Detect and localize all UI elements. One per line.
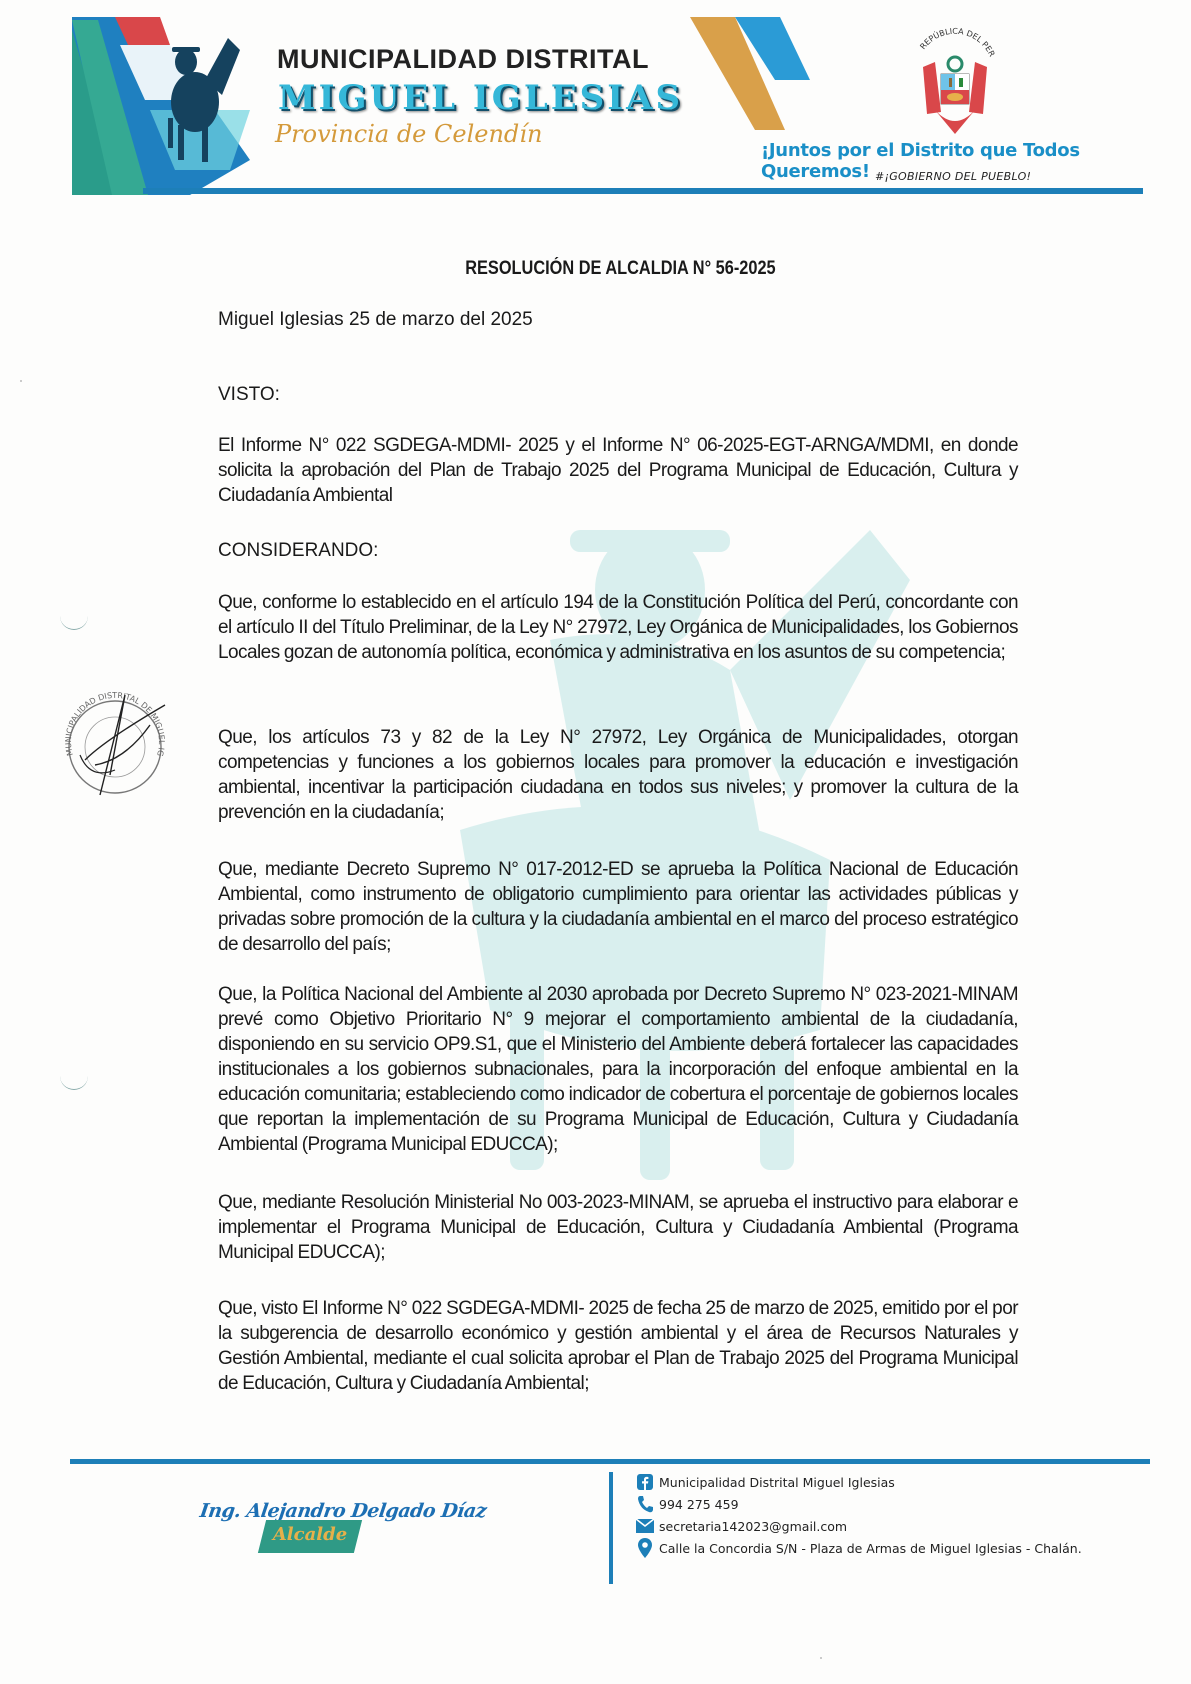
institution-name: MUNICIPALIDAD DISTRITAL <box>277 44 649 75</box>
considerando-heading: CONSIDERANDO: <box>218 540 378 562</box>
email-icon <box>636 1517 654 1535</box>
contact-phone[interactable]: 994 275 459 <box>636 1495 739 1513</box>
scan-speck <box>20 380 22 382</box>
svg-text:MUNICIPALIDAD DISTRITAL DE MIG: MUNICIPALIDAD DISTRITAL DE MIGUEL IGLESI… <box>55 685 166 757</box>
signatory-role: Alcalde <box>262 1524 358 1545</box>
punch-hole-mark <box>60 1075 88 1090</box>
considerando-paragraph: Que, visto El Informe N° 022 SGDEGA-MDMI… <box>218 1296 1018 1396</box>
scan-speck <box>820 1657 822 1659</box>
facebook-icon <box>636 1473 654 1491</box>
contact-facebook[interactable]: Municipalidad Distrital Miguel Iglesias <box>636 1473 895 1491</box>
footer-vertical-divider <box>609 1472 613 1584</box>
considerando-paragraph: Que, mediante Resolución Ministerial No … <box>218 1190 1018 1265</box>
signatory-name: Ing. Alejandro Delgado Díaz <box>198 1500 487 1522</box>
contact-text: Municipalidad Distrital Miguel Iglesias <box>659 1475 895 1490</box>
contact-text: secretaria142023@gmail.com <box>659 1519 847 1534</box>
resolution-title: RESOLUCIÓN DE ALCALDIA N° 56-2025 <box>87 258 1111 280</box>
punch-hole-mark <box>60 615 88 630</box>
official-seal-with-signature: MUNICIPALIDAD DISTRITAL DE MIGUEL IGLESI… <box>55 685 175 805</box>
considerando-paragraph: Que, los artículos 73 y 82 de la Ley N° … <box>218 725 1018 825</box>
peru-coat-of-arms-icon: REPÚBLICA DEL PERÚ <box>905 22 1005 142</box>
contact-text: Calle la Concordia S/N - Plaza de Armas … <box>659 1541 1082 1556</box>
svg-text:REPÚBLICA DEL PERÚ: REPÚBLICA DEL PERÚ <box>905 22 997 59</box>
visto-heading: VISTO: <box>218 384 280 406</box>
visto-text: El Informe N° 022 SGDEGA-MDMI- 2025 y el… <box>218 433 1018 508</box>
hashtag: #¡GOBIERNO DEL PUEBLO! <box>875 170 1031 183</box>
place-date: Miguel Iglesias 25 de marzo del 2025 <box>218 309 533 331</box>
header-divider <box>143 188 1143 194</box>
considerando-paragraph: Que, mediante Decreto Supremo N° 017-201… <box>218 857 1018 957</box>
contact-address[interactable]: Calle la Concordia S/N - Plaza de Armas … <box>636 1539 1082 1557</box>
contact-email[interactable]: secretaria142023@gmail.com <box>636 1517 847 1535</box>
location-pin-icon <box>636 1539 654 1557</box>
considerando-paragraph: Que, conforme lo establecido en el artíc… <box>218 590 1018 665</box>
considerando-paragraph: Que, la Política Nacional del Ambiente a… <box>218 982 1018 1157</box>
phone-icon <box>636 1495 654 1513</box>
contact-text: 994 275 459 <box>659 1497 739 1512</box>
district-name: MIGUEL IGLESIAS <box>278 78 683 118</box>
province-name: Provincia de Celendín <box>275 120 542 148</box>
letterhead: MUNICIPALIDAD DISTRITAL MIGUEL IGLESIAS … <box>0 0 1191 200</box>
footer-divider <box>70 1459 1150 1464</box>
